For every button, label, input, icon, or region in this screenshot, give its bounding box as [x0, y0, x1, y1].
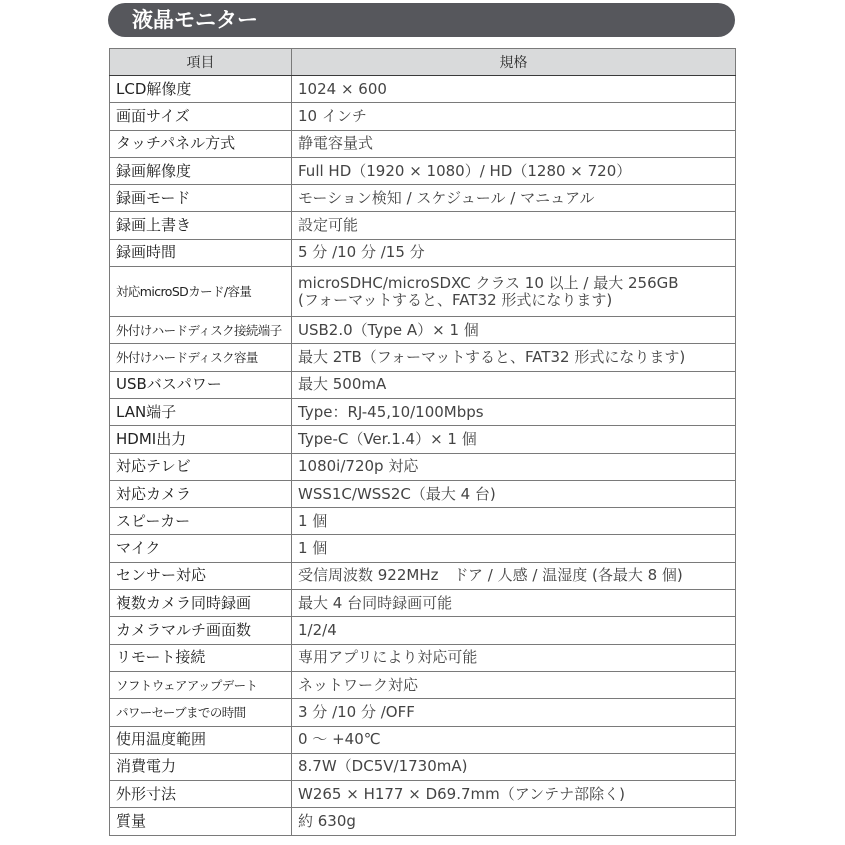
spec-item-label: 対応テレビ: [110, 453, 292, 480]
table-row: スピーカー1 個: [110, 508, 736, 535]
spec-value: WSS1C/WSS2C（最大 4 台): [298, 486, 729, 503]
spec-item-label: 対応microSDカード/容量: [110, 267, 292, 317]
spec-value: 10 インチ: [298, 108, 729, 125]
table-row: 録画上書き設定可能: [110, 212, 736, 239]
table-row: 録画モードモーション検知 / スケジュール / マニュアル: [110, 185, 736, 212]
spec-value-cell: Type：RJ-45,10/100Mbps: [292, 398, 736, 425]
table-row: 対応カメラWSS1C/WSS2C（最大 4 台): [110, 480, 736, 507]
table-row: LAN端子Type：RJ-45,10/100Mbps: [110, 398, 736, 425]
spec-value-cell: 専用アプリにより対応可能: [292, 644, 736, 671]
spec-value: 0 ～ +40℃: [298, 731, 729, 748]
spec-value-cell: 約 630g: [292, 808, 736, 835]
table-row: HDMI出力Type-C（Ver.1.4）× 1 個: [110, 426, 736, 453]
spec-value-cell: 最大 4 台同時録画可能: [292, 590, 736, 617]
spec-value: ネットワーク対応: [298, 677, 729, 694]
table-row: 複数カメラ同時録画最大 4 台同時録画可能: [110, 590, 736, 617]
spec-value-cell: Full HD（1920 × 1080）/ HD（1280 × 720）: [292, 157, 736, 184]
table-row: 質量約 630g: [110, 808, 736, 835]
table-row: USBバスパワー最大 500mA: [110, 371, 736, 398]
spec-value-cell: WSS1C/WSS2C（最大 4 台): [292, 480, 736, 507]
spec-value-cell: 1024 × 600: [292, 76, 736, 103]
spec-item-label: 質量: [110, 808, 292, 835]
table-row: 画面サイズ10 インチ: [110, 103, 736, 130]
spec-value: 1/2/4: [298, 622, 729, 639]
spec-value: (フォーマットすると、FAT32 形式になります): [298, 292, 729, 309]
spec-value: W265 × H177 × D69.7mm（アンテナ部除く): [298, 786, 729, 803]
spec-value-cell: microSDHC/microSDXC クラス 10 以上 / 最大 256GB…: [292, 267, 736, 317]
spec-item-label: 複数カメラ同時録画: [110, 590, 292, 617]
table-row: 録画解像度Full HD（1920 × 1080）/ HD（1280 × 720…: [110, 157, 736, 184]
spec-table-body: LCD解像度1024 × 600画面サイズ10 インチタッチパネル方式静電容量式…: [110, 76, 736, 836]
table-row: 録画時間5 分 /10 分 /15 分: [110, 239, 736, 266]
table-row: 外形寸法W265 × H177 × D69.7mm（アンテナ部除く): [110, 781, 736, 808]
spec-value: microSDHC/microSDXC クラス 10 以上 / 最大 256GB: [298, 275, 729, 292]
spec-value: 専用アプリにより対応可能: [298, 649, 729, 666]
spec-value: USB2.0（Type A）× 1 個: [298, 322, 729, 339]
section-title-bar: 液晶モニター: [108, 3, 735, 37]
spec-item-label: 録画解像度: [110, 157, 292, 184]
spec-value: 設定可能: [298, 217, 729, 234]
spec-value: 最大 500mA: [298, 376, 729, 393]
spec-item-label: 対応カメラ: [110, 480, 292, 507]
spec-value: 最大 2TB（フォーマットすると、FAT32 形式になります): [298, 349, 729, 366]
table-row: センサー対応受信周波数 922MHz ドア / 人感 / 温湿度 (各最大 8 …: [110, 562, 736, 589]
spec-value: Full HD（1920 × 1080）/ HD（1280 × 720）: [298, 163, 729, 180]
spec-value-cell: 最大 2TB（フォーマットすると、FAT32 形式になります): [292, 344, 736, 371]
table-row: パワーセーブまでの時間3 分 /10 分 /OFF: [110, 699, 736, 726]
spec-value-cell: 8.7W（DC5V/1730mA): [292, 753, 736, 780]
spec-item-label: スピーカー: [110, 508, 292, 535]
section-title: 液晶モニター: [132, 6, 258, 34]
table-row: LCD解像度1024 × 600: [110, 76, 736, 103]
spec-value: Type：RJ-45,10/100Mbps: [298, 404, 729, 421]
table-row: 使用温度範囲0 ～ +40℃: [110, 726, 736, 753]
spec-item-label: 録画上書き: [110, 212, 292, 239]
spec-value-cell: W265 × H177 × D69.7mm（アンテナ部除く): [292, 781, 736, 808]
spec-item-label: USBバスパワー: [110, 371, 292, 398]
spec-value: 静電容量式: [298, 135, 729, 152]
spec-item-label: 外形寸法: [110, 781, 292, 808]
spec-value-cell: 静電容量式: [292, 130, 736, 157]
spec-value-cell: Type-C（Ver.1.4）× 1 個: [292, 426, 736, 453]
spec-item-label: LAN端子: [110, 398, 292, 425]
table-row: 外付けハードディスク容量最大 2TB（フォーマットすると、FAT32 形式になり…: [110, 344, 736, 371]
spec-value-cell: 1 個: [292, 508, 736, 535]
table-row: 対応テレビ1080i/720p 対応: [110, 453, 736, 480]
spec-value: 1080i/720p 対応: [298, 458, 729, 475]
spec-table: 項目 規格 LCD解像度1024 × 600画面サイズ10 インチタッチパネル方…: [109, 48, 736, 836]
spec-item-label: パワーセーブまでの時間: [110, 699, 292, 726]
table-row: マイク1 個: [110, 535, 736, 562]
spec-value-cell: 1/2/4: [292, 617, 736, 644]
spec-value-cell: 受信周波数 922MHz ドア / 人感 / 温湿度 (各最大 8 個): [292, 562, 736, 589]
spec-item-label: リモート接続: [110, 644, 292, 671]
spec-item-label: 外付けハードディスク容量: [110, 344, 292, 371]
spec-value-cell: 5 分 /10 分 /15 分: [292, 239, 736, 266]
table-row: 消費電力8.7W（DC5V/1730mA): [110, 753, 736, 780]
spec-value: 5 分 /10 分 /15 分: [298, 244, 729, 261]
spec-value: モーション検知 / スケジュール / マニュアル: [298, 190, 729, 207]
table-row: カメラマルチ画面数1/2/4: [110, 617, 736, 644]
spec-item-label: HDMI出力: [110, 426, 292, 453]
spec-item-label: ソフトウェアアップデート: [110, 671, 292, 698]
spec-item-label: LCD解像度: [110, 76, 292, 103]
spec-item-label: センサー対応: [110, 562, 292, 589]
table-row: 外付けハードディスク接続端子USB2.0（Type A）× 1 個: [110, 317, 736, 344]
column-header-item: 項目: [110, 49, 292, 76]
spec-item-label: カメラマルチ画面数: [110, 617, 292, 644]
spec-value-cell: モーション検知 / スケジュール / マニュアル: [292, 185, 736, 212]
table-row: ソフトウェアアップデートネットワーク対応: [110, 671, 736, 698]
spec-item-label: タッチパネル方式: [110, 130, 292, 157]
table-row: 対応microSDカード/容量microSDHC/microSDXC クラス 1…: [110, 267, 736, 317]
spec-value: 1 個: [298, 513, 729, 530]
table-row: リモート接続専用アプリにより対応可能: [110, 644, 736, 671]
spec-value-cell: USB2.0（Type A）× 1 個: [292, 317, 736, 344]
column-header-spec: 規格: [292, 49, 736, 76]
spec-value: 受信周波数 922MHz ドア / 人感 / 温湿度 (各最大 8 個): [298, 567, 729, 584]
spec-value: 1 個: [298, 540, 729, 557]
spec-item-label: 画面サイズ: [110, 103, 292, 130]
spec-item-label: 消費電力: [110, 753, 292, 780]
spec-value-cell: 1080i/720p 対応: [292, 453, 736, 480]
spec-item-label: 録画時間: [110, 239, 292, 266]
spec-value-cell: 最大 500mA: [292, 371, 736, 398]
spec-value-cell: ネットワーク対応: [292, 671, 736, 698]
spec-item-label: マイク: [110, 535, 292, 562]
spec-item-label: 外付けハードディスク接続端子: [110, 317, 292, 344]
spec-value: 3 分 /10 分 /OFF: [298, 704, 729, 721]
spec-value-cell: 1 個: [292, 535, 736, 562]
spec-value-cell: 設定可能: [292, 212, 736, 239]
spec-value: 1024 × 600: [298, 81, 729, 98]
spec-item-label: 使用温度範囲: [110, 726, 292, 753]
spec-item-label: 録画モード: [110, 185, 292, 212]
spec-value: 約 630g: [298, 813, 729, 830]
spec-value: 最大 4 台同時録画可能: [298, 595, 729, 612]
spec-value-cell: 0 ～ +40℃: [292, 726, 736, 753]
spec-value: 8.7W（DC5V/1730mA): [298, 758, 729, 775]
spec-value: Type-C（Ver.1.4）× 1 個: [298, 431, 729, 448]
table-header-row: 項目 規格: [110, 49, 736, 76]
spec-value-cell: 3 分 /10 分 /OFF: [292, 699, 736, 726]
table-row: タッチパネル方式静電容量式: [110, 130, 736, 157]
spec-value-cell: 10 インチ: [292, 103, 736, 130]
